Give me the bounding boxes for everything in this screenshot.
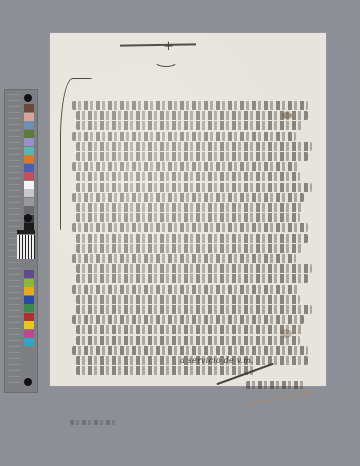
signature-flourish bbox=[217, 363, 274, 385]
color-patch bbox=[24, 338, 34, 346]
color-patch bbox=[24, 279, 34, 287]
color-patch bbox=[24, 330, 34, 338]
handwritten-line bbox=[76, 264, 312, 273]
handwritten-line bbox=[76, 295, 300, 304]
color-patch bbox=[24, 113, 34, 121]
qr-code bbox=[17, 235, 35, 259]
handwritten-line bbox=[72, 285, 300, 294]
handwritten-line bbox=[72, 254, 296, 263]
handwritten-line bbox=[72, 193, 304, 202]
handwritten-line bbox=[76, 336, 300, 345]
color-patch bbox=[24, 138, 34, 146]
handwritten-line bbox=[76, 366, 256, 375]
closing-text: a servicio de v.m. bbox=[180, 356, 254, 365]
header-mark: + bbox=[163, 39, 174, 54]
handwritten-line bbox=[76, 274, 308, 283]
handwritten-line bbox=[76, 244, 304, 253]
header-flourish bbox=[154, 55, 178, 67]
handwritten-line bbox=[76, 234, 308, 243]
strip-hole-middle bbox=[24, 214, 32, 222]
barcode-bar bbox=[17, 230, 35, 234]
color-patch bbox=[24, 130, 34, 138]
color-patch bbox=[24, 104, 34, 112]
color-patch bbox=[24, 147, 34, 155]
color-patch bbox=[24, 304, 34, 312]
handwritten-line bbox=[72, 223, 308, 232]
handwritten-line bbox=[76, 183, 312, 192]
strip-hole-bottom bbox=[24, 378, 32, 386]
ink-blot bbox=[282, 112, 292, 119]
handwritten-line bbox=[72, 346, 308, 355]
handwritten-line bbox=[76, 121, 304, 130]
margin-flourish bbox=[60, 78, 92, 230]
handwritten-line bbox=[76, 356, 308, 365]
color-patch bbox=[24, 172, 34, 180]
handwritten-line bbox=[76, 203, 304, 212]
signature-underline bbox=[245, 391, 314, 405]
color-patch bbox=[24, 287, 34, 295]
handwritten-line bbox=[76, 172, 300, 181]
handwritten-line bbox=[72, 132, 296, 141]
handwritten-line bbox=[76, 325, 304, 334]
color-patch bbox=[24, 181, 34, 189]
color-patch bbox=[24, 296, 34, 304]
handwritten-line bbox=[72, 315, 304, 324]
strip-hole-top bbox=[24, 94, 32, 102]
color-patch bbox=[24, 164, 34, 172]
handwritten-line bbox=[72, 162, 300, 171]
handwritten-line bbox=[76, 213, 300, 222]
manuscript-page: + a servicio de v.m. bbox=[50, 33, 326, 386]
color-patch bbox=[24, 206, 34, 214]
handwritten-line bbox=[76, 305, 312, 314]
handwritten-line bbox=[76, 111, 308, 120]
handwritten-line bbox=[72, 101, 308, 110]
color-patch bbox=[24, 270, 34, 278]
color-patch bbox=[24, 321, 34, 329]
color-patch bbox=[24, 155, 34, 163]
color-patch bbox=[24, 121, 34, 129]
handwritten-line bbox=[76, 142, 312, 151]
signature bbox=[246, 381, 306, 389]
color-patch bbox=[24, 189, 34, 197]
header-rule bbox=[120, 43, 196, 46]
ink-blot bbox=[280, 329, 292, 338]
handwritten-line bbox=[76, 152, 308, 161]
color-patch bbox=[24, 198, 34, 206]
calibration-strip bbox=[4, 89, 38, 393]
color-patch bbox=[24, 313, 34, 321]
archival-note bbox=[70, 420, 118, 425]
